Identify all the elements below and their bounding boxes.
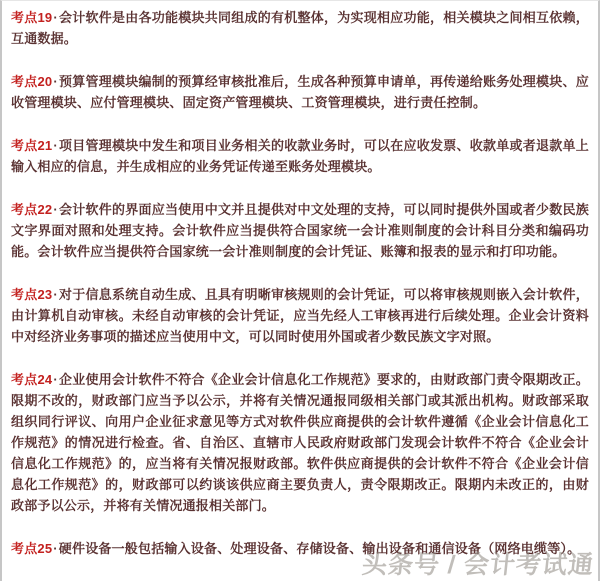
exam-point-text: 企业使用会计软件不符合《企业会计信息化工作规范》要求的，由财政部门责令限期改正。… (11, 372, 589, 513)
exam-point-paragraph: 考点25·硬件设备一般包括输入设备、处理设备、存储设备、输出设备和通信设备（网络… (11, 538, 589, 559)
exam-point-paragraph: 考点21·项目管理模块中发生和项目业务相关的收款业务时，可以在应收发票、收款单或… (11, 135, 589, 177)
exam-point-text: 项目管理模块中发生和项目业务相关的收款业务时，可以在应收发票、收款单或者退款单上… (11, 138, 589, 174)
exam-point-label: 考点22 (11, 202, 52, 217)
exam-point-text: 会计软件是由各功能模块共同组成的有机整体，为实现相应功能，相关模块之间相互依赖，… (11, 10, 589, 46)
exam-point-label: 考点24 (11, 372, 52, 387)
exam-point-paragraph: 考点20·预算管理模块编制的预算经审核批准后，生成各种预算申请单，再传递给账务处… (11, 71, 589, 113)
study-notes-page: 考点19·会计软件是由各功能模块共同组成的有机整体，为实现相应功能，相关模块之间… (0, 0, 600, 581)
exam-point-text: 预算管理模块编制的预算经审核批准后，生成各种预算申请单，再传递给账务处理模块、应… (11, 74, 589, 110)
exam-point-paragraph: 考点22·会计软件的界面应当使用中文并且提供对中文处理的支持，可以同时提供外国或… (11, 199, 589, 262)
exam-point-paragraph: 考点24·企业使用会计软件不符合《企业会计信息化工作规范》要求的，由财政部门责令… (11, 369, 589, 516)
exam-point-text: 对于信息系统自动生成、且具有明晰审核规则的会计凭证，可以将审核规则嵌入会计软件，… (11, 287, 589, 344)
exam-point-text: 硬件设备一般包括输入设备、处理设备、存储设备、输出设备和通信设备（网络电缆等）。 (59, 541, 581, 556)
exam-point-label: 考点19 (11, 10, 52, 25)
exam-point-label: 考点21 (11, 138, 52, 153)
exam-point-label: 考点23 (11, 287, 52, 302)
exam-point-text: 会计软件的界面应当使用中文并且提供对中文处理的支持，可以同时提供外国或者少数民族… (11, 202, 589, 259)
exam-point-label: 考点25 (11, 541, 52, 556)
exam-point-paragraph: 考点23·对于信息系统自动生成、且具有明晰审核规则的会计凭证，可以将审核规则嵌入… (11, 284, 589, 347)
exam-point-label: 考点20 (11, 74, 52, 89)
exam-point-paragraph: 考点19·会计软件是由各功能模块共同组成的有机整体，为实现相应功能，相关模块之间… (11, 7, 589, 49)
